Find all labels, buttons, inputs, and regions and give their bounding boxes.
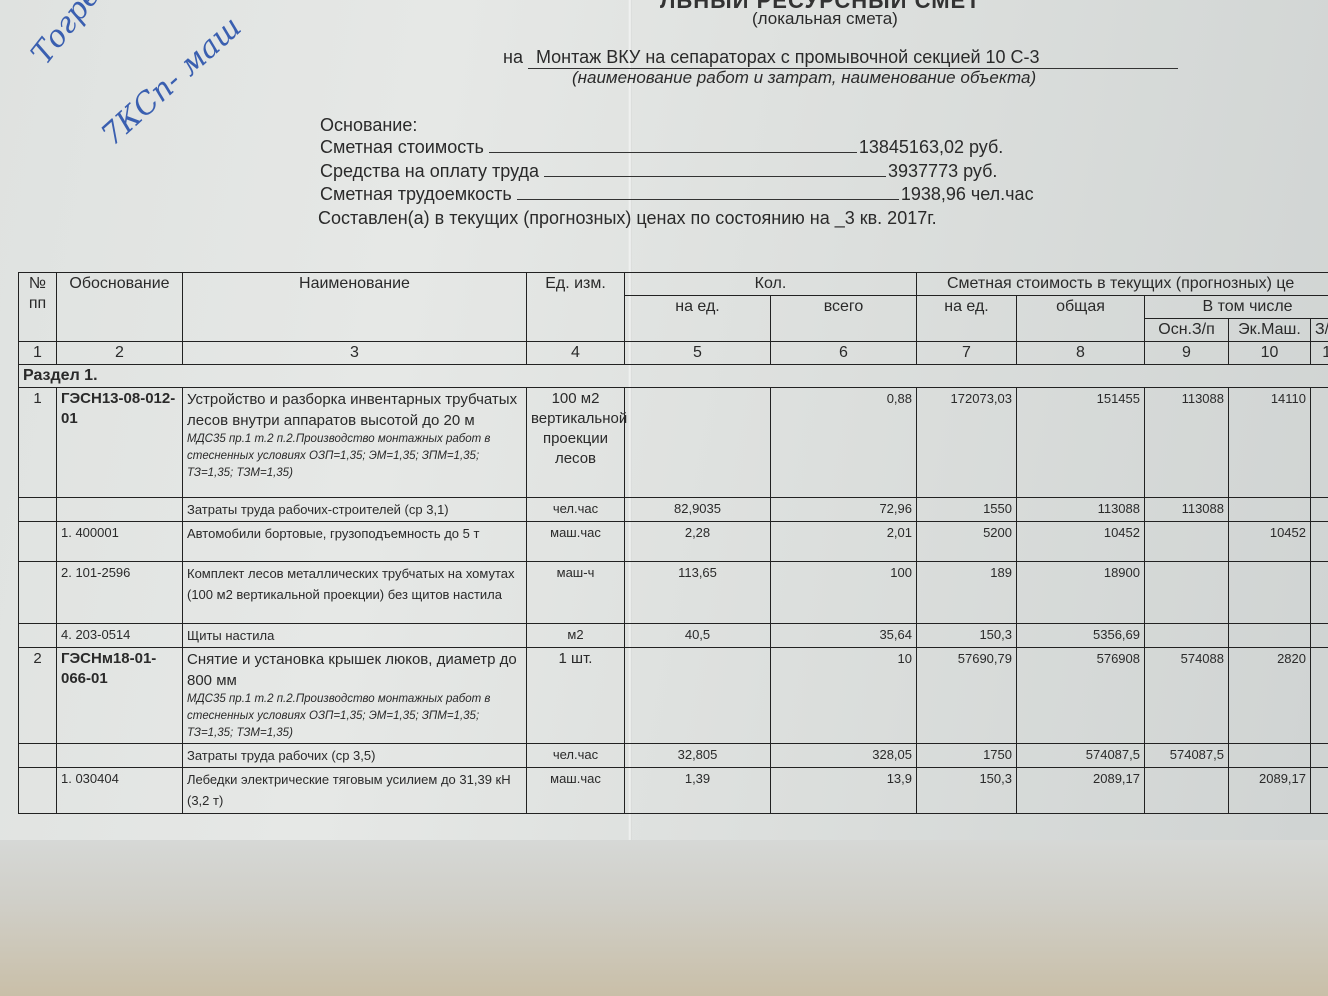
prices-text: Составлен(а) в текущих (прогнозных) цена… [318, 208, 937, 229]
table-row: 2ГЭСНм18-01-066-01Снятие и установка кры… [19, 648, 1328, 744]
row-qty-per-unit [625, 388, 771, 498]
row-qty-total: 100 [771, 562, 917, 624]
row-name: Затраты труда рабочих (ср 3,5) [187, 748, 375, 763]
row-qty-per-unit: 82,9035 [625, 498, 771, 522]
row-machines: 2820 [1229, 648, 1311, 744]
row-wages: 574088 [1145, 648, 1229, 744]
row-qty-per-unit [625, 648, 771, 744]
header-qty-total: всего [771, 296, 917, 342]
row-cost-per-unit: 5200 [917, 522, 1017, 562]
summary-wages: Средства на оплату труда 3937773 руб. [320, 161, 997, 182]
basis-label: Основание: [320, 115, 417, 136]
row-basis: ГЭСНм18-01-066-01 [57, 648, 183, 744]
wages-value: 3937773 руб. [888, 161, 997, 181]
col-num: 8 [1017, 342, 1145, 365]
row-name-cell: Автомобили бортовые, грузоподъемность до… [183, 522, 527, 562]
row-unit: 100 м2 вертикальной проекции лесов [527, 388, 625, 498]
header-qty-group: Кол. [625, 273, 917, 296]
row-mach-wages [1311, 522, 1328, 562]
row-qty-per-unit: 113,65 [625, 562, 771, 624]
wages-label: Средства на оплату труда [320, 161, 539, 181]
row-basis: 4. 203-0514 [57, 624, 183, 648]
row-machines [1229, 624, 1311, 648]
table-row: 4. 203-0514Щиты настилам240,535,64150,35… [19, 624, 1328, 648]
summary-labor: Сметная трудоемкость 1938,96 чел.час [320, 184, 1034, 205]
row-name-cell: Щиты настила [183, 624, 527, 648]
row-mach-wages [1311, 744, 1328, 768]
document-subtitle: (локальная смета) [752, 9, 898, 29]
row-name: Устройство и разборка инвентарных трубча… [187, 391, 517, 429]
row-cost-per-unit: 189 [917, 562, 1017, 624]
row-wages [1145, 522, 1229, 562]
row-cost-total: 18900 [1017, 562, 1145, 624]
row-wages: 113088 [1145, 498, 1229, 522]
row-cost-total: 151455 [1017, 388, 1145, 498]
row-wages: 574087,5 [1145, 744, 1229, 768]
row-cost-total: 2089,17 [1017, 768, 1145, 814]
header-incl-mach-wages: З/пМ [1311, 319, 1328, 342]
row-basis: 1. 030404 [57, 768, 183, 814]
row-qty-per-unit: 1,39 [625, 768, 771, 814]
row-num: 2 [19, 648, 57, 744]
row-wages [1145, 624, 1229, 648]
row-coefficient-note: МДС35 пр.1 т.2 п.2.Производство монтажны… [187, 691, 522, 742]
row-unit: 1 шт. [527, 648, 625, 744]
row-cost-per-unit: 150,3 [917, 768, 1017, 814]
cost-label: Сметная стоимость [320, 137, 484, 157]
row-num [19, 768, 57, 814]
row-cost-total: 574087,5 [1017, 744, 1145, 768]
header-incl-group: В том числе [1145, 296, 1328, 319]
handwritten-note-2: 7КСп- маш [95, 10, 249, 153]
row-machines [1229, 744, 1311, 768]
object-note: (наименование работ и затрат, наименован… [572, 68, 1036, 88]
row-name: Автомобили бортовые, грузоподъемность до… [187, 526, 479, 541]
header-name: Наименование [183, 273, 527, 342]
table-row: Затраты труда рабочих (ср 3,5)чел.час32,… [19, 744, 1328, 768]
row-machines: 2089,17 [1229, 768, 1311, 814]
header-basis: Обоснование [57, 273, 183, 342]
row-wages [1145, 768, 1229, 814]
row-num [19, 562, 57, 624]
row-machines [1229, 562, 1311, 624]
row-mach-wages [1311, 768, 1328, 814]
row-machines [1229, 498, 1311, 522]
header-num: № пп [19, 273, 57, 342]
header-incl-wages: Осн.З/п [1145, 319, 1229, 342]
table-row: 1ГЭСН13-08-012-01Устройство и разборка и… [19, 388, 1328, 498]
row-name-cell: Затраты труда рабочих-строителей (ср 3,1… [183, 498, 527, 522]
row-wages [1145, 562, 1229, 624]
row-name-cell: Снятие и установка крышек люков, диаметр… [183, 648, 527, 744]
row-name-cell: Лебедки электрические тяговым усилием до… [183, 768, 527, 814]
header-row-1: № пп Обоснование Наименование Ед. изм. К… [19, 273, 1328, 296]
col-num: 2 [57, 342, 183, 365]
row-name: Снятие и установка крышек люков, диаметр… [187, 651, 517, 689]
summary-cost: Сметная стоимость 13845163,02 руб. [320, 137, 1003, 158]
row-cost-per-unit: 57690,79 [917, 648, 1017, 744]
row-qty-total: 13,9 [771, 768, 917, 814]
row-qty-per-unit: 2,28 [625, 522, 771, 562]
row-cost-per-unit: 172073,03 [917, 388, 1017, 498]
header-qty-per-unit: на ед. [625, 296, 771, 342]
row-name: Затраты труда рабочих-строителей (ср 3,1… [187, 502, 449, 517]
table-row: Затраты труда рабочих-строителей (ср 3,1… [19, 498, 1328, 522]
col-num: 11 [1311, 342, 1328, 365]
row-basis: 2. 101-2596 [57, 562, 183, 624]
handwritten-note-1: Тогреф. [24, 0, 127, 71]
row-qty-total: 72,96 [771, 498, 917, 522]
column-numbers-row: 1 2 3 4 5 6 7 8 9 10 11 [19, 342, 1328, 365]
row-qty-total: 35,64 [771, 624, 917, 648]
row-basis [57, 744, 183, 768]
col-num: 6 [771, 342, 917, 365]
desk-surface [0, 840, 1328, 996]
col-num: 9 [1145, 342, 1229, 365]
row-num [19, 624, 57, 648]
row-qty-total: 328,05 [771, 744, 917, 768]
row-basis: 1. 400001 [57, 522, 183, 562]
row-mach-wages [1311, 498, 1328, 522]
row-cost-per-unit: 1750 [917, 744, 1017, 768]
row-qty-total: 2,01 [771, 522, 917, 562]
fill-line [544, 163, 886, 177]
fill-line [489, 139, 857, 153]
row-coefficient-note: МДС35 пр.1 т.2 п.2.Производство монтажны… [187, 431, 522, 482]
cost-value: 13845163,02 руб. [859, 137, 1003, 157]
col-num: 7 [917, 342, 1017, 365]
row-name-cell: Устройство и разборка инвентарных трубча… [183, 388, 527, 498]
labor-label: Сметная трудоемкость [320, 184, 512, 204]
row-unit: маш.час [527, 768, 625, 814]
row-cost-total: 576908 [1017, 648, 1145, 744]
row-qty-per-unit: 32,805 [625, 744, 771, 768]
header-cost-group: Сметная стоимость в текущих (прогнозных)… [917, 273, 1328, 296]
row-mach-wages [1311, 388, 1328, 498]
row-mach-wages [1311, 624, 1328, 648]
row-qty-per-unit: 40,5 [625, 624, 771, 648]
row-unit: чел.час [527, 744, 625, 768]
header-incl-machines: Эк.Маш. [1229, 319, 1311, 342]
row-name-cell: Затраты труда рабочих (ср 3,5) [183, 744, 527, 768]
row-unit: м2 [527, 624, 625, 648]
row-basis: ГЭСН13-08-012-01 [57, 388, 183, 498]
object-name: Монтаж ВКУ на сепараторах с промывочной … [528, 47, 1178, 69]
row-qty-total: 0,88 [771, 388, 917, 498]
estimate-table: № пп Обоснование Наименование Ед. изм. К… [18, 272, 1328, 814]
row-cost-total: 10452 [1017, 522, 1145, 562]
row-cost-total: 5356,69 [1017, 624, 1145, 648]
row-num [19, 522, 57, 562]
row-num [19, 744, 57, 768]
row-mach-wages [1311, 562, 1328, 624]
header-cost-per-unit: на ед. [917, 296, 1017, 342]
row-unit: маш-ч [527, 562, 625, 624]
row-name: Щиты настила [187, 628, 274, 643]
row-cost-per-unit: 1550 [917, 498, 1017, 522]
row-num: 1 [19, 388, 57, 498]
row-wages: 113088 [1145, 388, 1229, 498]
col-num: 3 [183, 342, 527, 365]
row-cost-total: 113088 [1017, 498, 1145, 522]
col-num: 10 [1229, 342, 1311, 365]
row-name: Комплект лесов металлических трубчатых н… [187, 566, 515, 602]
section-title: Раздел 1. [19, 365, 1328, 388]
object-line: на Монтаж ВКУ на сепараторах с промывочн… [503, 47, 1178, 69]
col-num: 1 [19, 342, 57, 365]
fill-line [517, 186, 899, 200]
row-machines: 10452 [1229, 522, 1311, 562]
row-name-cell: Комплект лесов металлических трубчатых н… [183, 562, 527, 624]
row-name: Лебедки электрические тяговым усилием до… [187, 772, 511, 808]
table-row: 2. 101-2596Комплект лесов металлических … [19, 562, 1328, 624]
labor-value: 1938,96 чел.час [901, 184, 1034, 204]
row-unit: чел.час [527, 498, 625, 522]
table-row: 1. 400001Автомобили бортовые, грузоподъе… [19, 522, 1328, 562]
object-prefix: на [503, 47, 523, 67]
row-num [19, 498, 57, 522]
row-qty-total: 10 [771, 648, 917, 744]
row-mach-wages [1311, 648, 1328, 744]
table-row: 1. 030404Лебедки электрические тяговым у… [19, 768, 1328, 814]
col-num: 5 [625, 342, 771, 365]
row-basis [57, 498, 183, 522]
header-unit: Ед. изм. [527, 273, 625, 342]
header-cost-total: общая [1017, 296, 1145, 342]
row-cost-per-unit: 150,3 [917, 624, 1017, 648]
row-unit: маш.час [527, 522, 625, 562]
col-num: 4 [527, 342, 625, 365]
row-machines: 14110 [1229, 388, 1311, 498]
section-row: Раздел 1. [19, 365, 1328, 388]
